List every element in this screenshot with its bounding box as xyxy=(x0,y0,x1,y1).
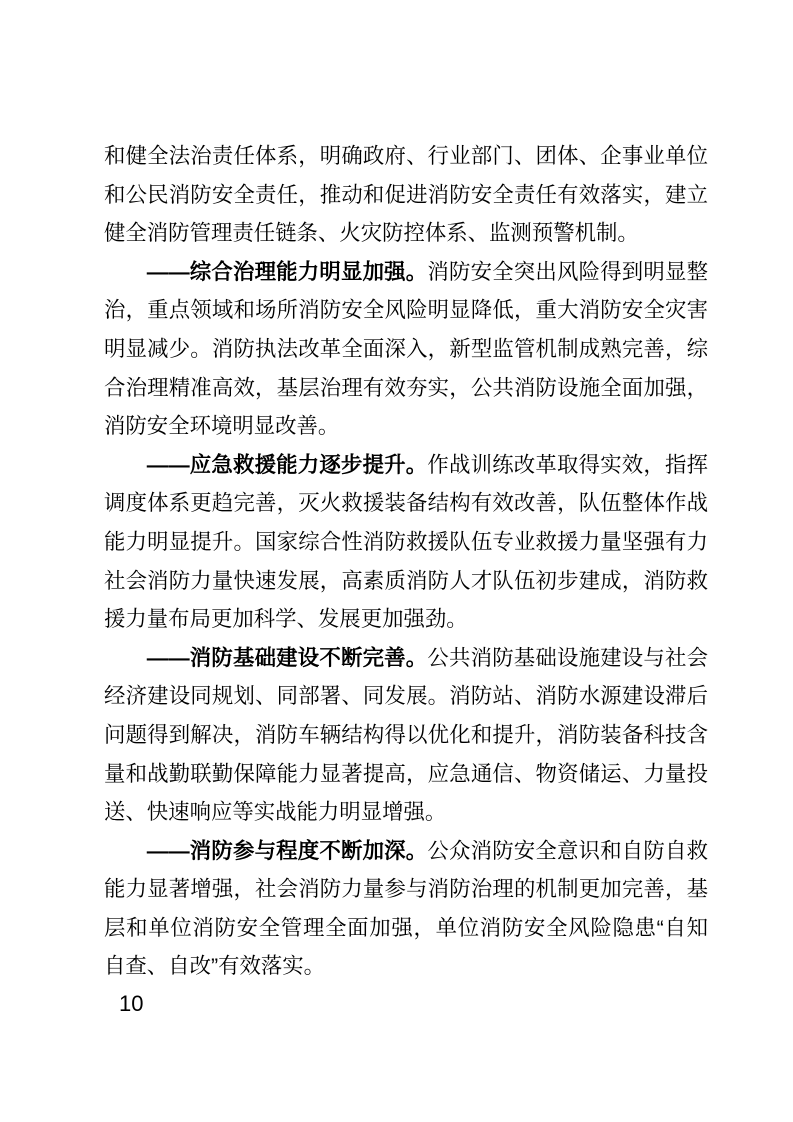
paragraph-text: 消防安全突出风险得到明显整治，重点领域和场所消防安全风险明显降低，重大消防安全灾… xyxy=(104,260,708,438)
paragraph-lead: ——消防参与程度不断加深。 xyxy=(147,839,428,863)
paragraph-text: 作战训练改革取得实效，指挥调度体系更趋完善，灭火救援装备结构有效改善，队伍整体作… xyxy=(104,453,708,631)
paragraph-comprehensive-governance: ——综合治理能力明显加强。消防安全突出风险得到明显整治，重点领域和场所消防安全风… xyxy=(104,253,708,446)
page-number: 10 xyxy=(119,991,143,1017)
paragraph-emergency-rescue: ——应急救援能力逐步提升。作战训练改革取得实效，指挥调度体系更趋完善，灭火救援装… xyxy=(104,446,708,639)
paragraph-lead: ——应急救援能力逐步提升。 xyxy=(147,453,428,477)
paragraph-text: 公共消防基础设施建设与社会经济建设同规划、同部署、同发展。消防站、消防水源建设滞… xyxy=(104,646,708,824)
text-block: 和健全法治责任体系，明确政府、行业部门、团体、企事业单位和公民消防安全责任，推动… xyxy=(104,137,708,986)
paragraph-continuation: 和健全法治责任体系，明确政府、行业部门、团体、企事业单位和公民消防安全责任，推动… xyxy=(104,137,708,253)
paragraph-text: 和健全法治责任体系，明确政府、行业部门、团体、企事业单位和公民消防安全责任，推动… xyxy=(104,144,708,245)
paragraph-lead: ——消防基础建设不断完善。 xyxy=(147,646,428,670)
paragraph-lead: ——综合治理能力明显加强。 xyxy=(147,260,428,284)
document-page: 和健全法治责任体系，明确政府、行业部门、团体、企事业单位和公民消防安全责任，推动… xyxy=(0,0,793,1122)
paragraph-public-participation: ——消防参与程度不断加深。公众消防安全意识和自防自救能力显著增强，社会消防力量参… xyxy=(104,832,708,986)
paragraph-fire-infrastructure: ——消防基础建设不断完善。公共消防基础设施建设与社会经济建设同规划、同部署、同发… xyxy=(104,639,708,832)
